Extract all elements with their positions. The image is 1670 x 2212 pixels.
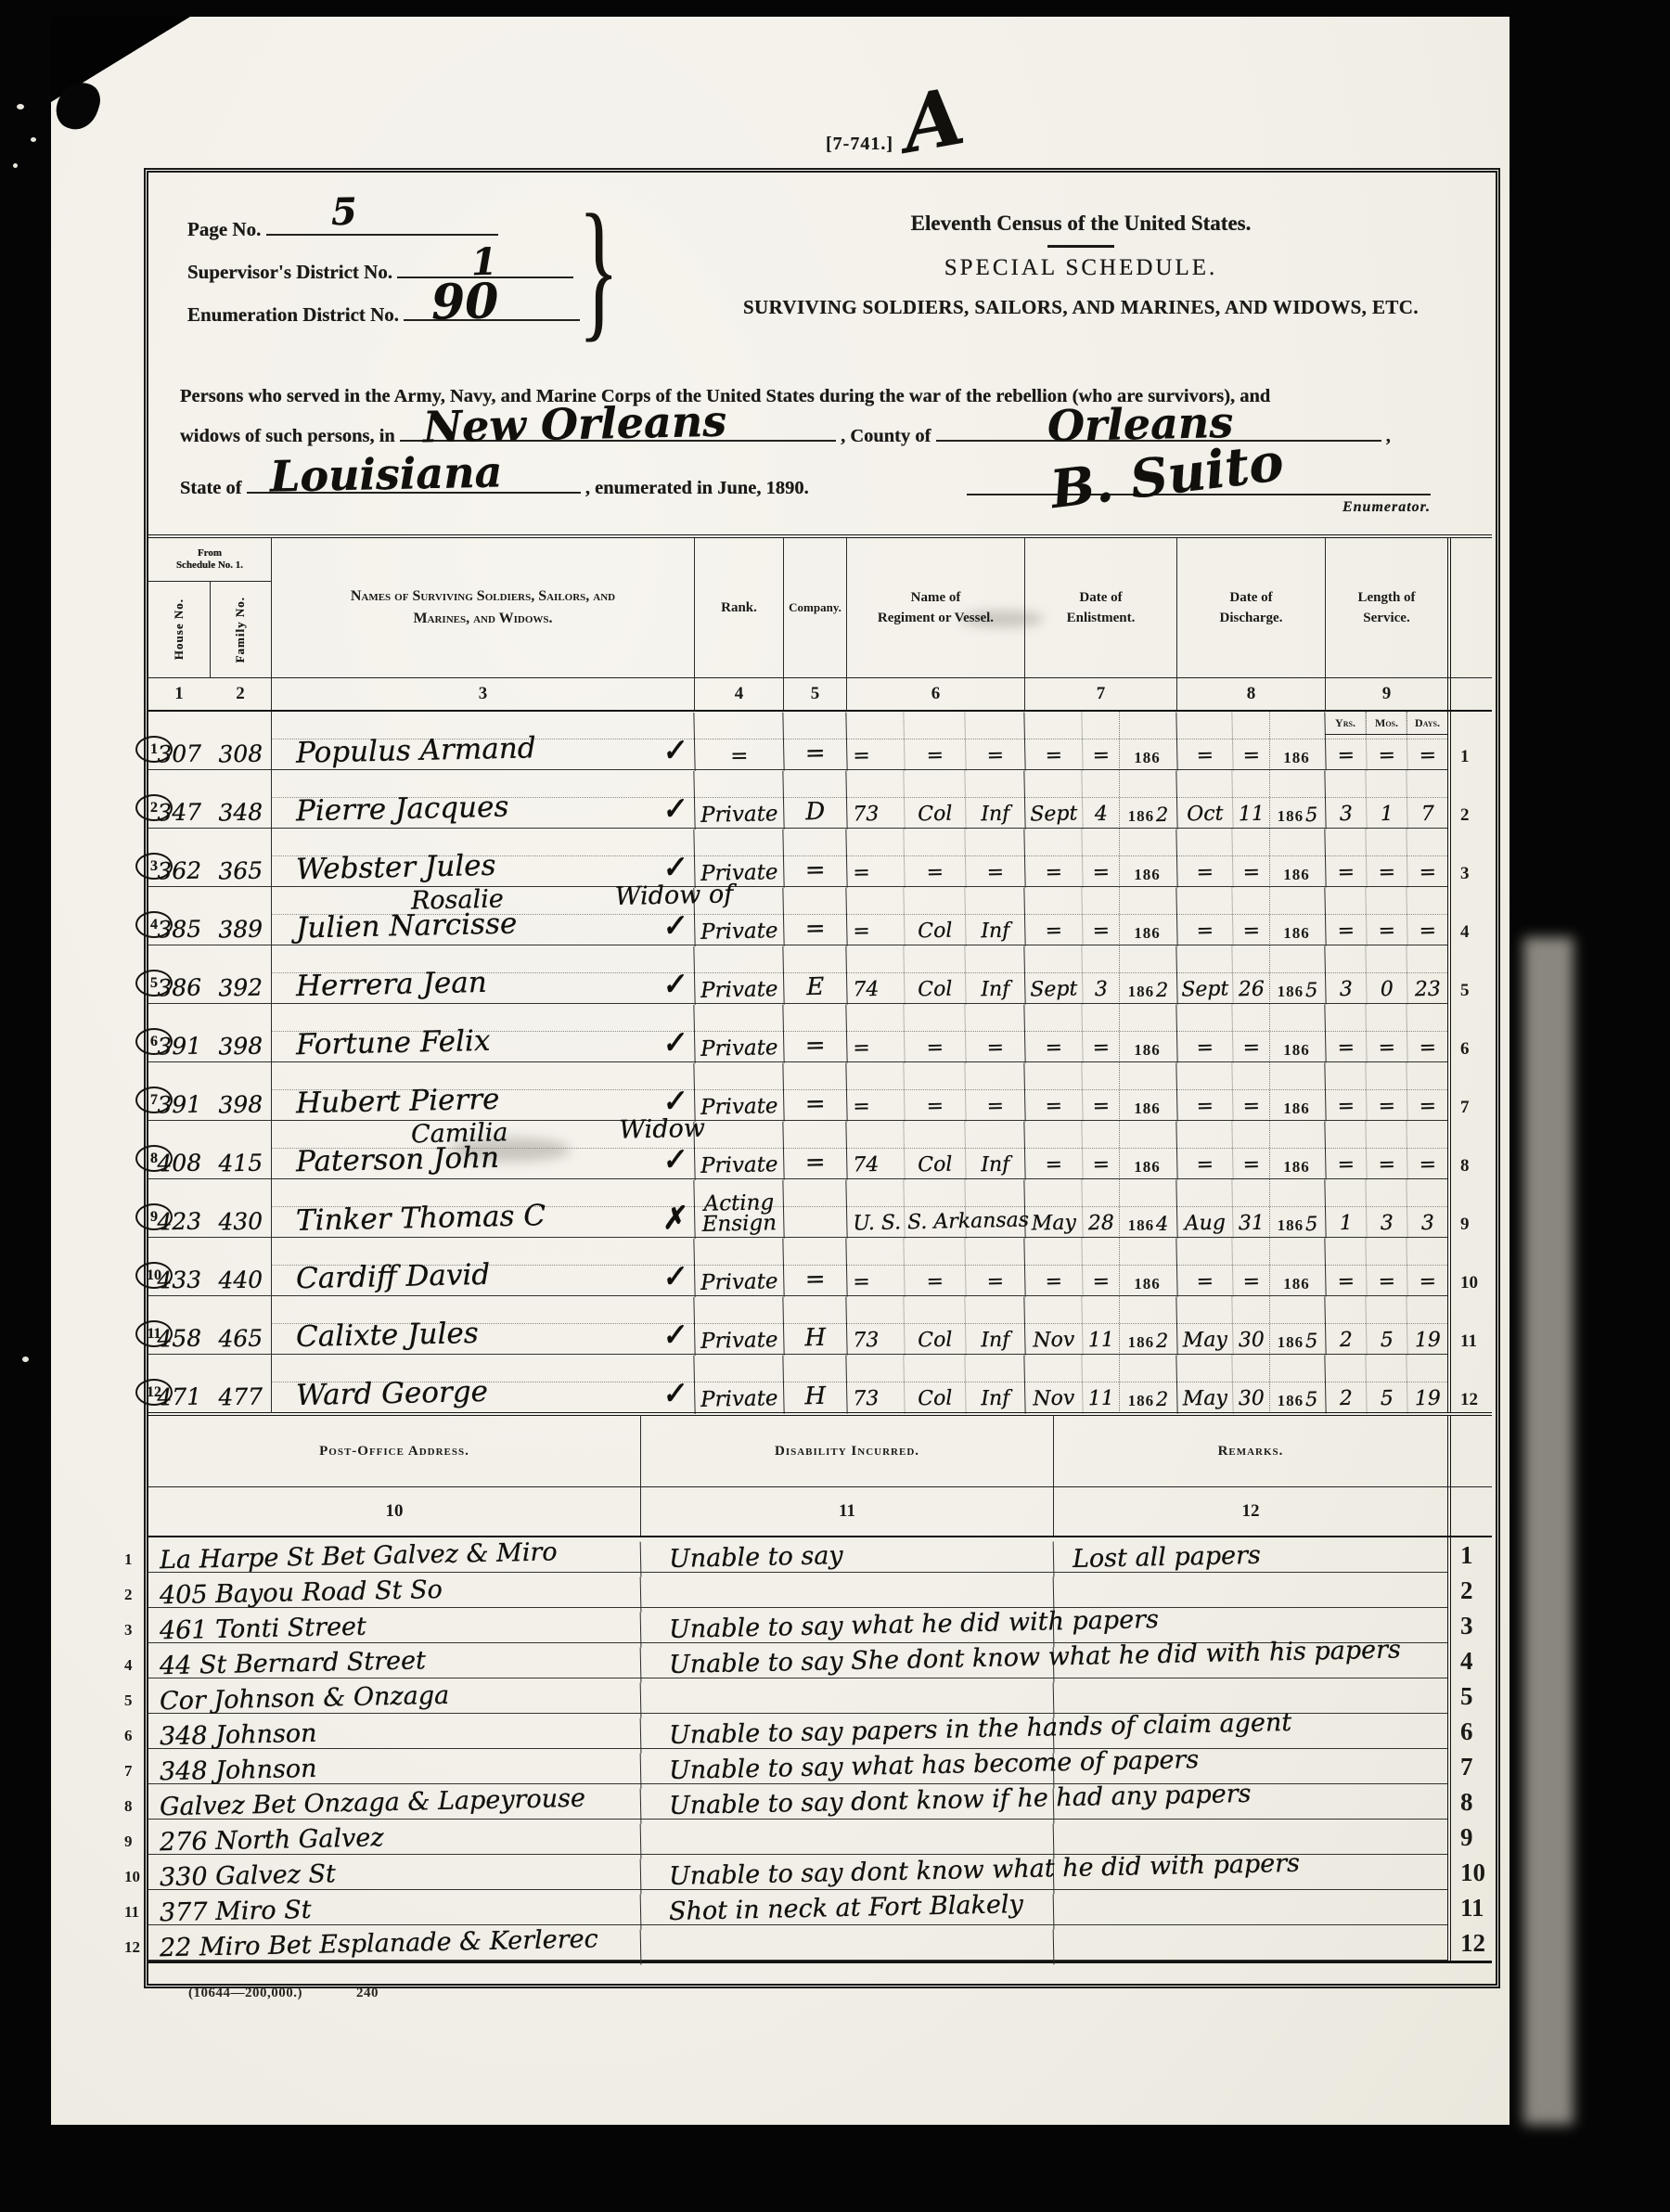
scan-border-left (0, 0, 51, 2212)
service-years-cell: = (1324, 1121, 1366, 1180)
regiment-cell-2: Col (903, 769, 965, 829)
printed-row-number: 6 (1447, 1714, 1492, 1749)
soldier-row: 8 408 415 Paterson John ✓ Private = 74 C… (148, 1121, 1492, 1179)
regiment-cell-1: 73 (845, 1295, 904, 1355)
printed-row-number: 4 (1447, 1643, 1492, 1678)
names-header: Names of Surviving Soldiers, Sailors, an… (271, 538, 694, 677)
left-row-number: 6 (124, 1727, 133, 1745)
enlist-month-cell: = (1023, 711, 1082, 770)
paper-sheet: [7-741.] A Page No. 5 Supervisor's Distr… (51, 17, 1509, 2125)
printed-row-number: 8 (1447, 1121, 1492, 1179)
mos-label: Mos. (1366, 712, 1407, 734)
soldier-row: 11 458 465 Calixte Jules ✓ Private H 73 … (148, 1296, 1492, 1355)
printed-row-number: 7 (1447, 1749, 1492, 1784)
left-row-number: 12 (124, 1938, 140, 1957)
soldier-row: 12 471 477 Ward George ✓ Private H 73 Co… (148, 1355, 1492, 1413)
regiment-cell-3: = (964, 828, 1024, 887)
enlist-year-cell: 186 (1119, 887, 1176, 945)
yrs-mos-days-subheader: Yrs. Mos. Days. (1325, 712, 1447, 735)
year-print: 186 (1278, 983, 1304, 1001)
soldier-row: 1 307 308 Populus Armand ✓ = = = = = = =… (148, 712, 1492, 770)
company-cell (782, 1178, 846, 1238)
service-months-cell: = (1365, 1121, 1407, 1180)
discharge-year-cell: 186 5 (1269, 1296, 1325, 1355)
name-cell: Herrera Jean ✓ (271, 945, 694, 1004)
regiment-cell-3: = (964, 1237, 1024, 1296)
year-print: 186 (1134, 866, 1161, 884)
service-years-cell: 2 (1324, 1296, 1366, 1356)
enlist-year-digit: 2 (1156, 1330, 1169, 1352)
check-mark: ✓ (660, 1025, 687, 1061)
service-days-cell: = (1406, 1238, 1447, 1297)
service-years-cell: = (1324, 887, 1366, 946)
printed-row-number: 11 (1447, 1296, 1492, 1355)
regiment-cell-1: = (845, 828, 904, 887)
soldier-row: 6 391 398 Fortune Felix ✓ Private = = = … (148, 1004, 1492, 1062)
soldiers-table-header: From Schedule No. 1. House No. Family No… (148, 538, 1492, 678)
discharge-day-cell: = (1231, 1121, 1269, 1180)
left-row-number: 7 (124, 1762, 133, 1781)
discharge-month-cell: = (1175, 1237, 1232, 1296)
year-print: 186 (1283, 1100, 1310, 1118)
service-days-cell: 23 (1406, 945, 1447, 1005)
service-days-cell: = (1406, 1121, 1447, 1180)
discharge-month-cell: Oct (1175, 769, 1232, 829)
scanned-census-page: [7-741.] A Page No. 5 Supervisor's Distr… (0, 0, 1670, 2212)
regiment-cell-1: = (845, 1237, 904, 1296)
family-no-cell: 465 (209, 1295, 271, 1355)
name-cell: Tinker Thomas C ✗ (271, 1179, 694, 1238)
circled-row-number: 7 (135, 1087, 173, 1113)
address-row: 7 348 Johnson Unable to say what has bec… (148, 1749, 1492, 1784)
circled-row-number: 2 (135, 794, 173, 821)
check-mark: ✓ (660, 1259, 687, 1294)
soldier-row: 4 385 389 Julien Narcisse ✓ Private = = … (148, 887, 1492, 945)
address-table-header: Post-Office Address. Disability Incurred… (148, 1416, 1492, 1487)
printed-row-number: 5 (1447, 945, 1492, 1004)
regiment-cell-1: = (845, 711, 904, 770)
circled-row-number: 8 (135, 1145, 173, 1172)
year-print: 186 (1134, 1041, 1161, 1060)
enlist-day-cell: 4 (1081, 770, 1119, 829)
enlist-month-cell: Sept (1023, 945, 1082, 1004)
service-months-cell: 5 (1365, 1355, 1407, 1414)
col-num-4: 4 (694, 678, 783, 710)
check-mark: ✓ (660, 967, 687, 1002)
regiment-cell-3: Inf (964, 945, 1024, 1004)
family-no-cell: 415 (209, 1120, 271, 1179)
address-row: 12 22 Miro Bet Esplanade & Kerlerec 12 (148, 1925, 1492, 1961)
discharge-month-cell: = (1175, 1003, 1232, 1062)
yrs-label: Yrs. (1325, 712, 1366, 734)
regiment-cell-3: = (964, 1003, 1024, 1062)
preamble-line-2-text: widows of such persons, in (180, 426, 395, 446)
name-cell: Pierre Jacques ✓ (271, 770, 694, 829)
enlist-day-cell: 11 (1081, 1355, 1119, 1414)
soldier-row: 5 386 392 Herrera Jean ✓ Private E 74 Co… (148, 945, 1492, 1004)
family-no-header: Family No. (210, 582, 272, 677)
enumerator-signature-block: B. Suito Enumerator. (967, 412, 1431, 516)
year-print: 186 (1128, 1216, 1155, 1235)
regiment-cell-1: 74 (845, 945, 904, 1004)
discharge-month-cell: = (1175, 711, 1232, 770)
left-row-number: 11 (124, 1903, 139, 1922)
family-no-cell: 477 (209, 1354, 271, 1413)
scan-speck (17, 104, 24, 109)
enlist-month-cell: = (1023, 886, 1082, 945)
circled-row-number: 5 (135, 970, 173, 997)
address-row: 8 Galvez Bet Onzaga & Lapeyrouse Unable … (148, 1784, 1492, 1820)
discharge-day-cell: = (1231, 887, 1269, 946)
col-num-6: 6 (846, 678, 1024, 710)
enlist-month-cell: Nov (1023, 1295, 1082, 1355)
check-mark: ✓ (660, 791, 687, 827)
enumeration-district-line: Enumeration District No. 90 (187, 293, 580, 327)
family-no-cell: 398 (209, 1061, 271, 1121)
circled-row-number: 9 (135, 1203, 173, 1230)
service-years-cell: 3 (1324, 770, 1366, 829)
enlist-day-cell: = (1081, 1062, 1119, 1122)
title-block: Eleventh Census of the United States. SP… (714, 212, 1447, 319)
col-num-blank-2 (1447, 1487, 1492, 1536)
name-cell: Calixte Jules ✓ (271, 1296, 694, 1355)
service-years-cell: 3 (1324, 945, 1366, 1005)
enlist-day-cell: = (1081, 712, 1119, 771)
soldier-row: 10 433 440 Cardiff David ✓ Private = = =… (148, 1238, 1492, 1296)
enlist-day-cell: = (1081, 829, 1119, 888)
stamp-code: (10644—200,000.) (188, 1986, 302, 2001)
scan-border-bottom (0, 2125, 1670, 2212)
discharge-day-cell: 26 (1231, 945, 1269, 1005)
service-days-cell: = (1406, 1062, 1447, 1122)
discharge-year-digit: 5 (1305, 1388, 1318, 1410)
address-table: Post-Office Address. Disability Incurred… (148, 1412, 1492, 1963)
city-underline: New Orleans (400, 416, 836, 442)
enlist-month-cell: Sept (1023, 769, 1082, 829)
family-no-cell: 308 (209, 711, 271, 770)
printed-row-number: 8 (1447, 1784, 1492, 1820)
house-no-header: House No. (148, 582, 210, 677)
soldier-row: 2 347 348 Pierre Jacques ✓ Private D 73 … (148, 770, 1492, 829)
enlist-day-cell: 28 (1081, 1179, 1119, 1239)
printed-row-number: 3 (1447, 1608, 1492, 1643)
enlist-year-cell: 186 2 (1119, 1355, 1176, 1413)
enlist-day-cell: = (1081, 1121, 1119, 1180)
enlist-year-cell: 186 2 (1119, 770, 1176, 829)
service-years-cell: 1 (1324, 1179, 1366, 1239)
year-print: 186 (1278, 807, 1304, 826)
schedule-note-columns: From Schedule No. 1. House No. Family No… (148, 538, 271, 677)
service-months-cell: 1 (1365, 770, 1407, 829)
col-num-8: 8 (1176, 678, 1325, 710)
row-number-header-2 (1447, 1416, 1492, 1486)
soldier-name: Webster Jules (296, 849, 496, 887)
scan-speck (31, 137, 36, 142)
year-print: 186 (1283, 1275, 1310, 1293)
rank-cell: Private (693, 1237, 783, 1297)
remarks-header: Remarks. (1053, 1416, 1447, 1486)
company-cell: H (782, 1295, 846, 1355)
service-days-cell: = (1406, 1004, 1447, 1063)
year-print: 186 (1283, 1041, 1310, 1060)
col-num-9: 9 (1325, 678, 1447, 710)
col-num-3: 3 (271, 678, 694, 710)
enlist-day-cell: 11 (1081, 1296, 1119, 1356)
schedule-title: SPECIAL SCHEDULE. (714, 255, 1447, 281)
schedule-sheet-border: Page No. 5 Supervisor's District No. 1 E… (144, 168, 1500, 1988)
company-cell: = (782, 711, 846, 770)
family-no-cell: 440 (209, 1237, 271, 1296)
soldier-name: Populus Armand (296, 731, 536, 769)
family-no-cell: 389 (209, 886, 271, 945)
left-row-number: 2 (124, 1586, 133, 1604)
disability-cell (640, 1921, 1054, 1964)
rank-cell: = (693, 711, 783, 771)
discharge-month-cell: = (1175, 1120, 1232, 1179)
enlistment-header: Date of Enlistment. (1024, 538, 1176, 677)
discharge-month-cell: May (1175, 1354, 1232, 1413)
printed-row-number: 7 (1447, 1062, 1492, 1121)
col-num-7: 7 (1024, 678, 1176, 710)
address-row: 10 330 Galvez St Unable to say dont know… (148, 1855, 1492, 1890)
census-title: Eleventh Census of the United States. (714, 212, 1447, 236)
year-print: 186 (1283, 1158, 1310, 1177)
family-no-cell: 398 (209, 1003, 271, 1062)
service-days-cell: = (1406, 887, 1447, 946)
address-row: 4 44 St Bernard Street Unable to say She… (148, 1643, 1492, 1678)
enumeration-district-label: Enumeration District No. (187, 303, 399, 326)
regiment-cell-1: 73 (845, 769, 904, 829)
name-cell: Cardiff David ✓ (271, 1238, 694, 1296)
printed-row-number: 10 (1447, 1855, 1492, 1890)
discharge-year-cell: 186 (1269, 829, 1325, 887)
enumeration-district-value: 90 (431, 273, 500, 331)
printed-row-number: 5 (1447, 1678, 1492, 1714)
regiment-cell-3: Inf (964, 769, 1024, 829)
rank-cell: Private (693, 769, 783, 829)
service-years-cell: 2 (1324, 1355, 1366, 1414)
company-cell: = (782, 886, 846, 945)
enlist-month-cell: = (1023, 828, 1082, 887)
rank-cell: Private (693, 1295, 783, 1356)
company-cell: H (782, 1354, 846, 1413)
col-num-2: 2 (210, 678, 271, 710)
regiment-cell-1: 73 (845, 1354, 904, 1413)
printed-row-number: 1 (1447, 712, 1492, 770)
enlist-year-cell: 186 4 (1119, 1179, 1176, 1238)
discharge-month-cell: Aug (1175, 1178, 1232, 1238)
discharge-year-cell: 186 (1269, 712, 1325, 770)
regiment-cell-2: = (903, 1003, 965, 1062)
stamp-number: 240 (356, 1986, 379, 2001)
enlist-month-cell: May (1023, 1178, 1082, 1238)
family-no-cell: 430 (209, 1178, 271, 1238)
rank-cell: Acting Ensign (693, 1178, 783, 1239)
printed-row-number: 9 (1447, 1820, 1492, 1855)
house-family-headers: House No. Family No. (148, 582, 271, 677)
check-mark: ✗ (660, 1201, 687, 1236)
service-days-cell: 3 (1406, 1179, 1447, 1239)
enlist-month-cell: = (1023, 1003, 1082, 1062)
scan-speck (13, 163, 18, 168)
scan-border-top (0, 0, 1670, 17)
soldiers-table-body: Yrs. Mos. Days. 1 307 308 Populus Armand… (148, 712, 1492, 1413)
regiment-cell-2: Col (903, 1354, 965, 1413)
state-label: State of (180, 478, 242, 498)
left-row-number: 3 (124, 1621, 133, 1640)
soldier-name: Calixte Jules (296, 1317, 479, 1354)
soldier-name: Ward George (296, 1375, 489, 1412)
family-no-cell: 365 (209, 828, 271, 887)
discharge-day-cell: = (1231, 829, 1269, 888)
col-num-1: 1 (148, 678, 210, 710)
discharge-day-cell: 30 (1231, 1355, 1269, 1414)
regiment-cell-2: Col (903, 1120, 965, 1179)
address-row: 1 La Harpe St Bet Galvez & Miro Unable t… (148, 1537, 1492, 1573)
rank-cell: Private (693, 1120, 783, 1180)
service-days-cell: = (1406, 829, 1447, 888)
soldiers-table: From Schedule No. 1. House No. Family No… (148, 534, 1492, 1413)
signature-underline: B. Suito (967, 412, 1431, 495)
soldier-row: 9 423 430 Tinker Thomas C ✗ Acting Ensig… (148, 1179, 1492, 1238)
service-months-cell: = (1365, 829, 1407, 888)
service-years-cell: = (1324, 829, 1366, 888)
address-table-body: 1 La Harpe St Bet Galvez & Miro Unable t… (148, 1537, 1492, 1961)
check-mark: ✓ (660, 1142, 687, 1177)
discharge-day-cell: = (1231, 1004, 1269, 1063)
soldier-name: Herrera Jean (296, 966, 487, 1003)
col-num-10: 10 (148, 1487, 640, 1536)
printed-row-number: 11 (1447, 1890, 1492, 1925)
soldier-name: Tinker Thomas C (296, 1199, 546, 1238)
soldier-name: Pierre Jacques (296, 791, 509, 829)
year-print: 186 (1128, 807, 1155, 826)
name-cell: Julien Narcisse ✓ (271, 887, 694, 945)
enlist-year-cell: 186 (1119, 1238, 1176, 1296)
year-print: 186 (1128, 983, 1155, 1001)
left-row-number: 9 (124, 1833, 133, 1851)
col-num-blank (1447, 678, 1492, 710)
printed-row-number: 6 (1447, 1004, 1492, 1062)
days-label: Days. (1407, 712, 1447, 734)
discharge-month-cell: May (1175, 1295, 1232, 1355)
discharge-year-digit: 5 (1305, 1330, 1318, 1352)
family-no-cell: 392 (209, 945, 271, 1004)
service-days-cell: 19 (1406, 1355, 1447, 1414)
year-print: 186 (1283, 866, 1310, 884)
enlist-year-digit: 2 (1156, 1388, 1169, 1410)
discharge-year-cell: 186 5 (1269, 770, 1325, 829)
regiment-cell-1: U. S. S. Arkansas (845, 1178, 904, 1238)
circled-row-number: 6 (135, 1028, 173, 1055)
year-print: 186 (1283, 749, 1310, 767)
company-cell: = (782, 828, 846, 887)
scan-speck (22, 1357, 29, 1362)
company-cell: E (782, 945, 846, 1004)
enlist-day-cell: = (1081, 1004, 1119, 1063)
regiment-cell-2: = (903, 1061, 965, 1121)
preamble-line-1: Persons who served in the Army, Navy, an… (180, 386, 1470, 407)
regiment-cell-1: 74 (845, 1120, 904, 1179)
soldier-name: Paterson John (296, 1141, 500, 1179)
check-mark: ✓ (660, 1376, 687, 1411)
check-mark: ✓ (660, 908, 687, 944)
discharge-header: Date of Discharge. (1176, 538, 1325, 677)
discharge-year-cell: 186 (1269, 1062, 1325, 1121)
address-row: 6 348 Johnson Unable to say papers in th… (148, 1714, 1492, 1749)
rank-header: Rank. (694, 538, 783, 677)
company-cell: = (782, 1003, 846, 1062)
regiment-cell-3: = (964, 1061, 1024, 1121)
year-print: 186 (1278, 1392, 1304, 1410)
service-years-cell: = (1324, 1004, 1366, 1063)
service-months-cell: 0 (1365, 945, 1407, 1005)
regiment-cell-2: = (903, 1237, 965, 1296)
enlist-year-digit: 2 (1156, 979, 1169, 1001)
service-months-cell: = (1365, 1238, 1407, 1297)
enlist-month-cell: = (1023, 1237, 1082, 1296)
discharge-month-cell: = (1175, 1061, 1232, 1121)
supervisor-district-label: Supervisor's District No. (187, 261, 392, 283)
brace-glyph: } (578, 180, 619, 359)
page-no-underline: 5 (266, 208, 498, 236)
left-row-number: 4 (124, 1656, 133, 1675)
discharge-month-cell: = (1175, 828, 1232, 887)
discharge-month-cell: Sept (1175, 945, 1232, 1004)
enlist-year-cell: 186 (1119, 712, 1176, 770)
enlist-year-cell: 186 (1119, 829, 1176, 887)
company-cell: D (782, 769, 846, 829)
regiment-cell-2: Col (903, 945, 965, 1004)
year-print: 186 (1128, 1333, 1155, 1352)
discharge-year-digit: 5 (1305, 1213, 1318, 1235)
company-cell: = (782, 1120, 846, 1179)
enlist-month-cell: = (1023, 1120, 1082, 1179)
length-of-service-header: Length of Service. (1325, 538, 1447, 677)
company-cell: = (782, 1061, 846, 1121)
soldier-row: 3 362 365 Webster Jules ✓ Rosalie Widow … (148, 829, 1492, 887)
regiment-cell-1: = (845, 1061, 904, 1121)
printed-row-number: 10 (1447, 1238, 1492, 1296)
discharge-year-cell: 186 (1269, 1121, 1325, 1179)
post-office-address-header: Post-Office Address. (148, 1416, 640, 1486)
discharge-day-cell: = (1231, 1062, 1269, 1122)
regiment-cell-2: = (903, 828, 965, 887)
title-rule (1047, 245, 1114, 248)
printed-row-number: 2 (1447, 770, 1492, 829)
printed-row-number: 4 (1447, 887, 1492, 945)
discharge-year-digit: 5 (1305, 804, 1318, 826)
circled-row-number: 12 (135, 1379, 173, 1406)
regiment-cell-2: Col (903, 886, 965, 945)
enlist-day-cell: = (1081, 1238, 1119, 1297)
regiment-cell-3: Inf (964, 1354, 1024, 1413)
left-row-number: 1 (124, 1550, 133, 1569)
year-print: 186 (1278, 1333, 1304, 1352)
regiment-cell-3: Inf (964, 1295, 1024, 1355)
column-number-row-2: 10 11 12 (148, 1487, 1492, 1537)
enumeration-district-underline: 90 (404, 293, 580, 321)
discharge-day-cell: = (1231, 1238, 1269, 1297)
circled-row-number: 3 (135, 853, 173, 880)
year-print: 186 (1134, 1100, 1161, 1118)
rank-cell: Private (693, 828, 783, 888)
enlist-year-cell: 186 2 (1119, 945, 1176, 1004)
column-number-row: 1 2 3 4 5 6 7 8 9 (148, 678, 1492, 712)
col-num-11: 11 (640, 1487, 1053, 1536)
page-no-label: Page No. (187, 218, 261, 240)
circled-row-number: 4 (135, 911, 173, 938)
